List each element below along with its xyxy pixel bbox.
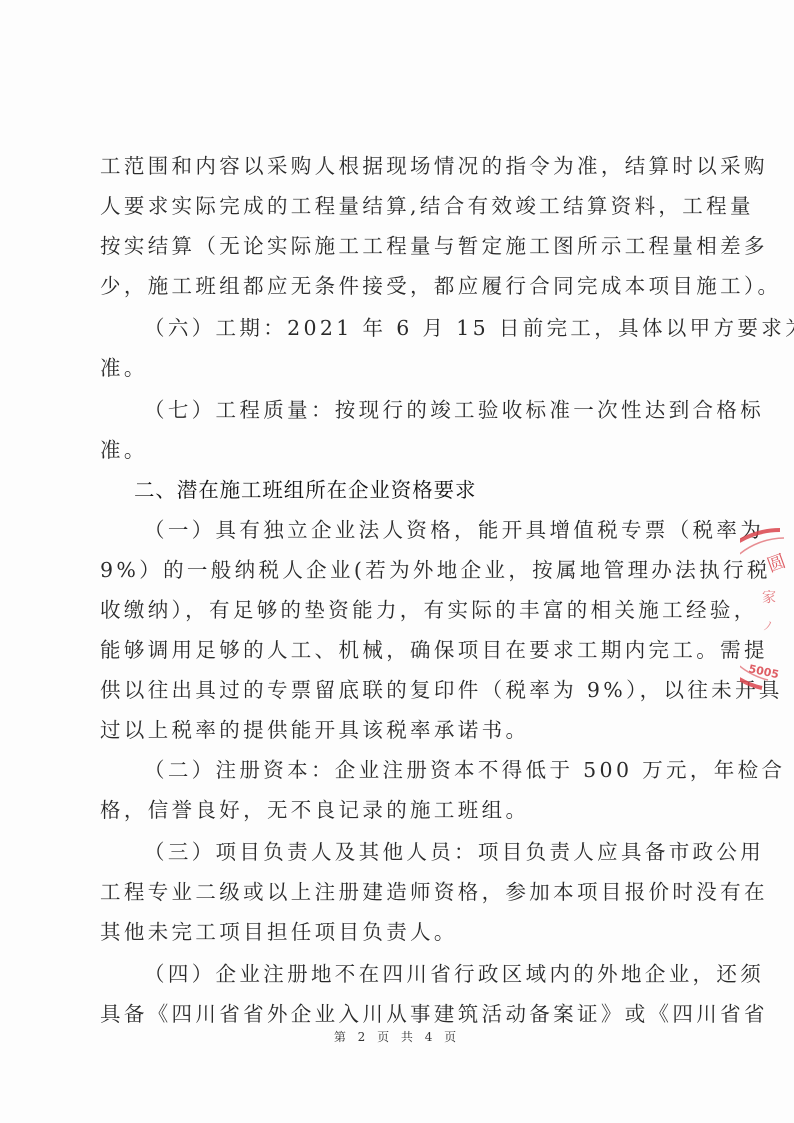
text-line: 格，信誉良好，无不良记录的施工班组。 (100, 790, 529, 830)
text-line: 工范围和内容以采购人根据现场情况的指令为准，结算时以采购 (100, 146, 768, 186)
text-line: 其他未完工项目担任项目负责人。 (100, 912, 458, 952)
text-line: 9%）的一般纳税人企业(若为外地企业，按属地管理办法执行税 (100, 550, 771, 590)
clause-three-line: （三）项目负责人及其他人员：项目负责人应具备市政公用 (144, 832, 764, 872)
text-line: 人要求实际完成的工程量结算,结合有效竣工结算资料，工程量 (100, 186, 754, 226)
text-line: 准。 (100, 348, 148, 388)
svg-text:ノ: ノ (762, 619, 774, 633)
clause-six-line: （六）工期：2021 年 6 月 15 日前完工，具体以甲方要求为 (144, 308, 794, 348)
svg-text:圆: 圆 (765, 551, 789, 577)
clause-two-line: （二）注册资本：企业注册资本不得低于 500 万元，年检合 (144, 750, 785, 790)
text-line: 收缴纳），有足够的垫资能力，有实际的丰富的相关施工经验， (100, 590, 758, 630)
red-seal-stamp-icon: 圆 家 ノ 5005 (740, 520, 794, 700)
text-line: 准。 (100, 430, 148, 470)
page-number: 第 2 页 共 4 页 (0, 1028, 794, 1045)
text-line: 少，施工班组都应无条件接受，都应履行合同完成本项目施工）。 (100, 266, 781, 306)
text-line: 能够调用足够的人工、机械，确保项目在要求工期内完工。需提 (100, 630, 768, 670)
section-heading: 二、潜在施工班组所在企业资格要求 (134, 470, 476, 510)
text-line: 按实结算（无论实际施工工程量与暂定施工图所示工程量相差多 (100, 226, 768, 266)
clause-seven-line: （七）工程质量：按现行的竣工验收标准一次性达到合格标 (144, 390, 764, 430)
text-line: 过以上税率的提供能开具该税率承诺书。 (100, 710, 529, 750)
document-page: 工范围和内容以采购人根据现场情况的指令为准，结算时以采购 人要求实际完成的工程量… (0, 0, 794, 1123)
clause-four-line: （四）企业注册地不在四川省行政区域内的外地企业，还须 (144, 954, 764, 994)
text-line: 供以往出具过的专票留底联的复印件（税率为 9%），以往未开具 (100, 670, 783, 710)
text-line: 工程专业二级或以上注册建造师资格，参加本项目报价时没有在 (100, 872, 768, 912)
svg-text:家: 家 (762, 590, 776, 606)
clause-one-line: （一）具有独立企业法人资格，能开具增值税专票（税率为 (144, 510, 764, 550)
